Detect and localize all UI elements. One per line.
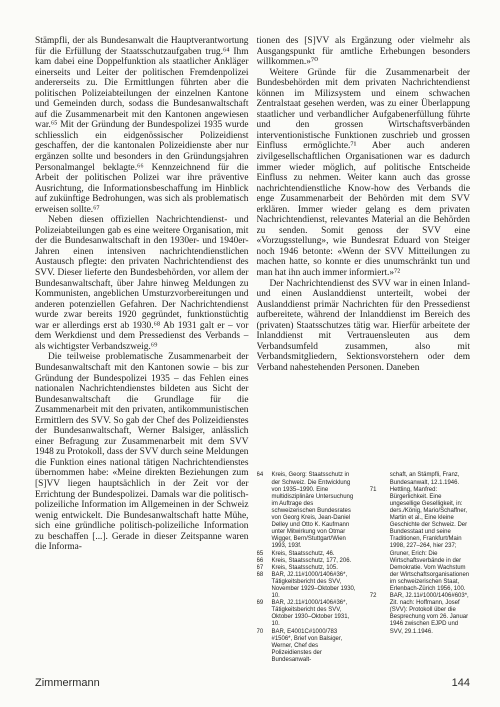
footnote-text: Kreis, Staatsschutz, 46. [272,551,357,558]
footnote-65: 65 Kreis, Staatsschutz, 46. [257,551,357,558]
footnote-70: 70 BAR, E4001C#1000/783 #1506*, Brief vo… [257,629,357,664]
footnote-66: 66 Kreis, Staatsschutz, 177, 206. [257,558,357,565]
footnote-text: schaft, an Stämpfli, Franz, Bundesanwalt… [390,472,470,486]
footnote-70-continuation: schaft, an Stämpfli, Franz, Bundesanwalt… [370,472,470,486]
paragraph-continuation: Stämpfli, der als Bundesanwalt die Haupt… [35,36,249,215]
footnotes-column-1: 64 Kreis, Georg: Staatsschutz in der Sch… [257,472,357,664]
paragraph-continuation: tionen des [S]VV als Ergänzung oder viel… [257,36,471,68]
page-footer: Zimmermann 144 [0,664,500,689]
footnote-text: BAR, J2.11#1000/1406#603*, Zit. nach: Ho… [390,593,470,636]
right-column-body: tionen des [S]VV als Ergänzung oder viel… [257,36,471,374]
footnote-text: BAR, E4001C#1000/783 #1506*, Brief von B… [272,629,357,664]
book-page: Stämpfli, der als Bundesanwalt die Haupt… [0,0,500,707]
right-column: tionen des [S]VV als Ergänzung oder viel… [257,36,471,664]
footnote-text: BAR, J2.11#1000/1406#36*, Tätigkeitsberi… [272,572,357,600]
page-content: Stämpfli, der als Bundesanwalt die Haupt… [0,0,500,664]
left-column: Stämpfli, der als Bundesanwalt die Haupt… [35,36,249,664]
footnote-number: 71 [370,487,390,593]
footnote-text: Kreis, Staatsschutz, 177, 206. [272,558,357,565]
footnote-text: Kreis, Staatsschutz, 105. [272,565,357,572]
paragraph: Weitere Gründe für die Zusammenarbeit de… [257,68,471,279]
footnotes-column-2: schaft, an Stämpfli, Franz, Bundesanwalt… [370,472,470,635]
footnote-71: 71 Hettling, Manfred: Bürgerlichkeit. Ei… [370,487,470,593]
footnote-number [370,472,390,486]
footnote-72: 72 BAR, J2.11#1000/1406#603*, Zit. nach:… [370,593,470,636]
paragraph: Neben diesen offiziellen Nachrichtendien… [35,215,249,352]
footnotes-section: 64 Kreis, Georg: Staatsschutz in der Sch… [257,472,471,664]
footnote-number: 64 [257,472,272,550]
footnote-68: 68 BAR, J2.11#1000/1406#36*, Tätigkeitsb… [257,572,357,600]
footnote-number: 70 [257,629,272,664]
footnote-number: 68 [257,572,272,600]
footnote-67: 67 Kreis, Staatsschutz, 105. [257,565,357,572]
footnote-number: 69 [257,600,272,628]
footnote-number: 65 [257,551,272,558]
paragraph: Der Nachrichtendienst des SVV war in ein… [257,279,471,374]
footnote-text: Hettling, Manfred: Bürgerlichkeit. Eine … [390,487,470,593]
footnote-64: 64 Kreis, Georg: Staatsschutz in der Sch… [257,472,357,550]
footnote-text: BAR, J2.11#1000/1406#36*, Tätigkeitsberi… [272,600,357,628]
footnote-text: Kreis, Georg: Staatsschutz in der Schwei… [272,472,357,550]
page-number: 144 [452,677,470,689]
running-footer-author: Zimmermann [35,677,100,689]
footnote-number: 67 [257,565,272,572]
paragraph: Die teilweise problematische Zusammenarb… [35,352,249,552]
footnote-number: 72 [370,593,390,636]
footnote-number: 66 [257,558,272,565]
footnote-69: 69 BAR, J2.11#1000/1406#36*, Tätigkeitsb… [257,600,357,628]
